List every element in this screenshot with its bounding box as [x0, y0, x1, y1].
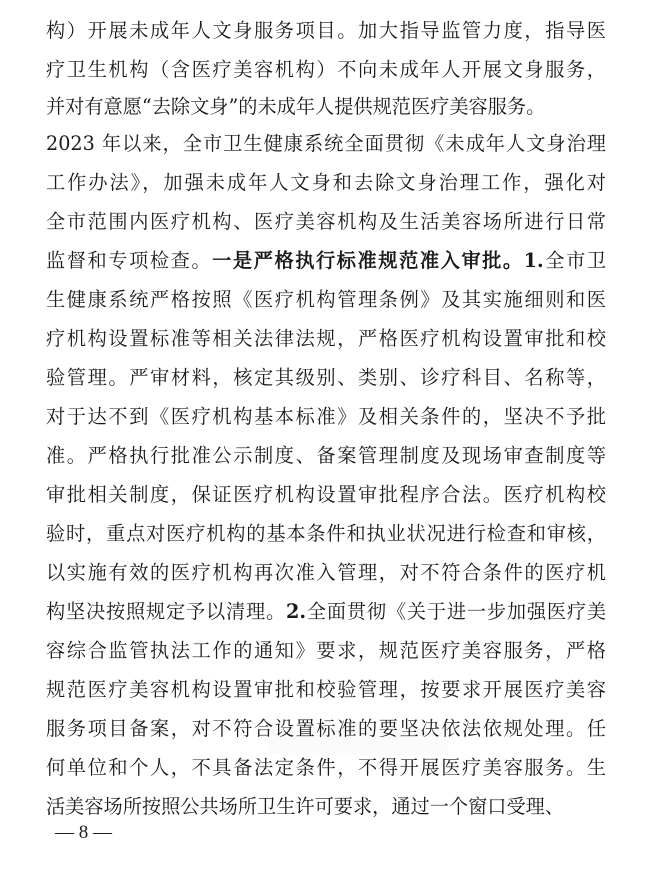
text-segment: 审批相关制度，保证医疗机构设置审批程序合法。医疗机构校	[46, 483, 606, 506]
text-line: 并对有意愿“去除文身”的未成年人提供规范医疗美容服务。	[46, 92, 606, 122]
text-line: 构）开展未成年人文身服务项目。加大指导监管力度，指导医	[46, 16, 606, 46]
text-line: 工作办法》，加强未成年人文身和去除文身治理工作，强化对	[46, 168, 606, 198]
text-line: 审批相关制度，保证医疗机构设置审批程序合法。医疗机构校	[46, 480, 606, 510]
text-line: 容综合监管执法工作的通知》要求，规范医疗美容服务，严格	[46, 636, 606, 666]
text-segment: 全市卫	[544, 249, 606, 272]
text-line: 验时，重点对医疗机构的基本条件和执业状况进行检查和审核，	[46, 519, 606, 549]
text-line: 全市范围内医疗机构、医疗美容机构及生活美容场所进行日常	[46, 207, 606, 237]
text-segment: 容综合监管执法工作的通知》要求，规范医疗美容服务，严格	[46, 639, 606, 662]
text-line: 2023 年以来，全市卫生健康系统全面贯彻《未成年人文身治理	[46, 129, 606, 159]
document-page: 构）开展未成年人文身服务项目。加大指导监管力度，指导医疗卫生机构（含医疗美容机构…	[0, 0, 648, 876]
text-segment: 监督和专项检查。	[46, 249, 212, 272]
text-segment: 疗机构设置标准等相关法律法规，严格医疗机构设置审批和校	[46, 327, 606, 350]
text-segment: 以实施有效的医疗机构再次准入管理，对不符合条件的医疗机	[46, 561, 606, 584]
text-line: 服务项目备案，对不符合设置标准的要坚决依法依规处理。任	[46, 714, 606, 744]
text-segment: 并对有意愿“去除文身”的未成年人提供规范医疗美容服务。	[46, 95, 545, 118]
bold-heading-text: 一是严格执行标准规范准入审批。1.	[212, 249, 544, 272]
text-segment: 验管理。严审材料，核定其级别、类别、诊疗科目、名称等，	[46, 366, 606, 389]
text-segment: 2023 年以来，全市卫生健康系统全面贯彻《未成年人文身治理	[46, 132, 606, 155]
page-number: — 8 —	[55, 818, 112, 848]
text-line: 疗机构设置标准等相关法律法规，严格医疗机构设置审批和校	[46, 324, 606, 354]
text-line: 何单位和个人，不具备法定条件，不得开展医疗美容服务。生	[46, 753, 606, 783]
text-segment: 生健康系统严格按照《医疗机构管理条例》及其实施细则和医	[46, 288, 606, 311]
text-segment: 何单位和个人，不具备法定条件，不得开展医疗美容服务。生	[46, 756, 606, 779]
text-line: 监督和专项检查。一是严格执行标准规范准入审批。1.全市卫	[46, 246, 606, 276]
text-segment: 工作办法》，加强未成年人文身和去除文身治理工作，强化对	[46, 171, 606, 194]
text-segment: 构坚决按照规定予以清理。	[46, 600, 286, 623]
text-segment: 对于达不到《医疗机构基本标准》及相关条件的，坚决不予批	[46, 405, 606, 428]
text-line: 疗卫生机构（含医疗美容机构）不向未成年人开展文身服务，	[46, 55, 606, 85]
text-segment: 准。严格执行批准公示制度、备案管理制度及现场审查制度等	[46, 444, 606, 467]
text-line: 规范医疗美容机构设置审批和校验管理，按要求开展医疗美容	[46, 675, 606, 705]
bold-heading-text: 2.	[286, 600, 306, 623]
text-segment: 全面贯彻《关于进一步加强医疗美	[306, 600, 606, 623]
text-segment: 全市范围内医疗机构、医疗美容机构及生活美容场所进行日常	[46, 210, 606, 233]
text-segment: 活美容场所按照公共场所卫生许可要求，通过一个窗口受理、	[46, 795, 564, 818]
text-line: 构坚决按照规定予以清理。2.全面贯彻《关于进一步加强医疗美	[46, 597, 606, 627]
text-line: 准。严格执行批准公示制度、备案管理制度及现场审查制度等	[46, 441, 606, 471]
text-segment: 验时，重点对医疗机构的基本条件和执业状况进行检查和审核，	[46, 522, 606, 545]
text-segment: 服务项目备案，对不符合设置标准的要坚决依法依规处理。任	[46, 717, 606, 740]
text-line: 以实施有效的医疗机构再次准入管理，对不符合条件的医疗机	[46, 558, 606, 588]
text-line: 活美容场所按照公共场所卫生许可要求，通过一个窗口受理、	[46, 792, 606, 822]
text-segment: 疗卫生机构（含医疗美容机构）不向未成年人开展文身服务，	[46, 58, 606, 81]
text-line: 生健康系统严格按照《医疗机构管理条例》及其实施细则和医	[46, 285, 606, 315]
text-line: 对于达不到《医疗机构基本标准》及相关条件的，坚决不予批	[46, 402, 606, 432]
text-segment: 规范医疗美容机构设置审批和校验管理，按要求开展医疗美容	[46, 678, 606, 701]
text-segment: 构）开展未成年人文身服务项目。加大指导监管力度，指导医	[46, 19, 606, 42]
text-line: 验管理。严审材料，核定其级别、类别、诊疗科目、名称等，	[46, 363, 606, 393]
